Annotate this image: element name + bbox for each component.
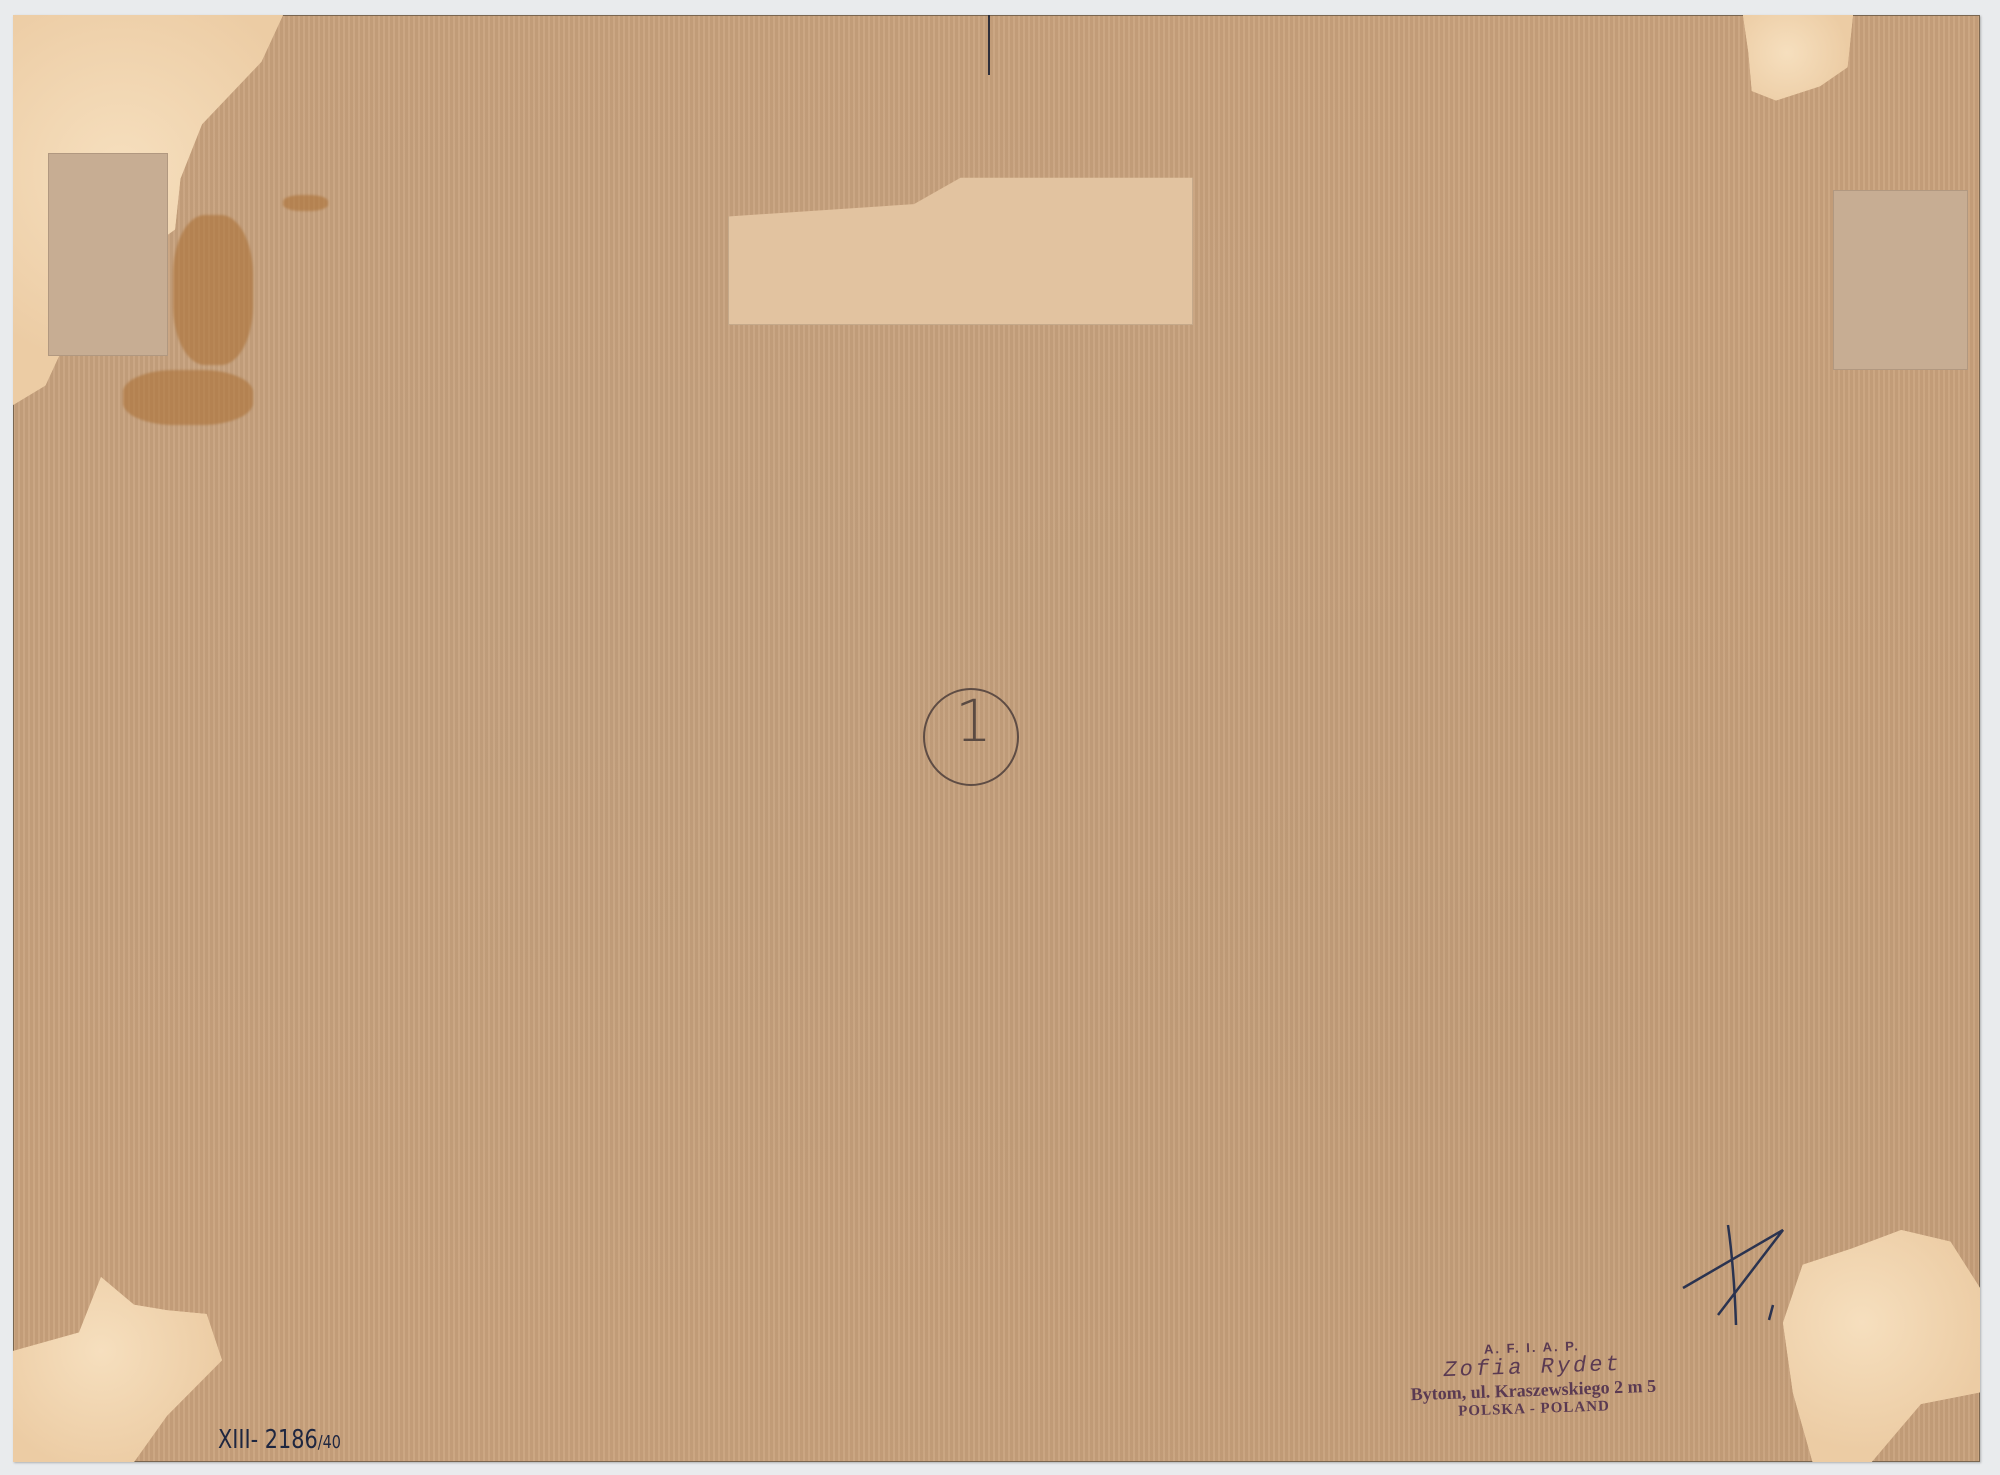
pencil-tick-mark xyxy=(988,15,990,75)
glue-stain xyxy=(123,370,253,425)
photographer-stamp: A. F. I. A. P. Zofia Rydet Bytom, ul. Kr… xyxy=(1382,1335,1685,1423)
inventory-number: XIII- 2186/40 xyxy=(218,1425,341,1455)
cardboard-mount-back: 1 A. F. I. A. P. Zofia Rydet Bytom, ul. … xyxy=(13,15,1980,1462)
inventory-number-suffix: /40 xyxy=(318,1432,341,1453)
torn-corner-top-right xyxy=(1743,15,1853,110)
x-mark xyxy=(1673,1220,1823,1330)
tape-right xyxy=(1833,190,1968,370)
glue-stain xyxy=(283,195,328,211)
tape-left xyxy=(48,153,168,356)
inventory-number-main: XIII- 2186 xyxy=(218,1425,318,1455)
torn-corner-bottom-left xyxy=(13,1277,233,1462)
circled-number-text: 1 xyxy=(955,687,992,755)
glue-stain xyxy=(173,215,253,365)
tape-top-center xyxy=(728,170,1193,325)
